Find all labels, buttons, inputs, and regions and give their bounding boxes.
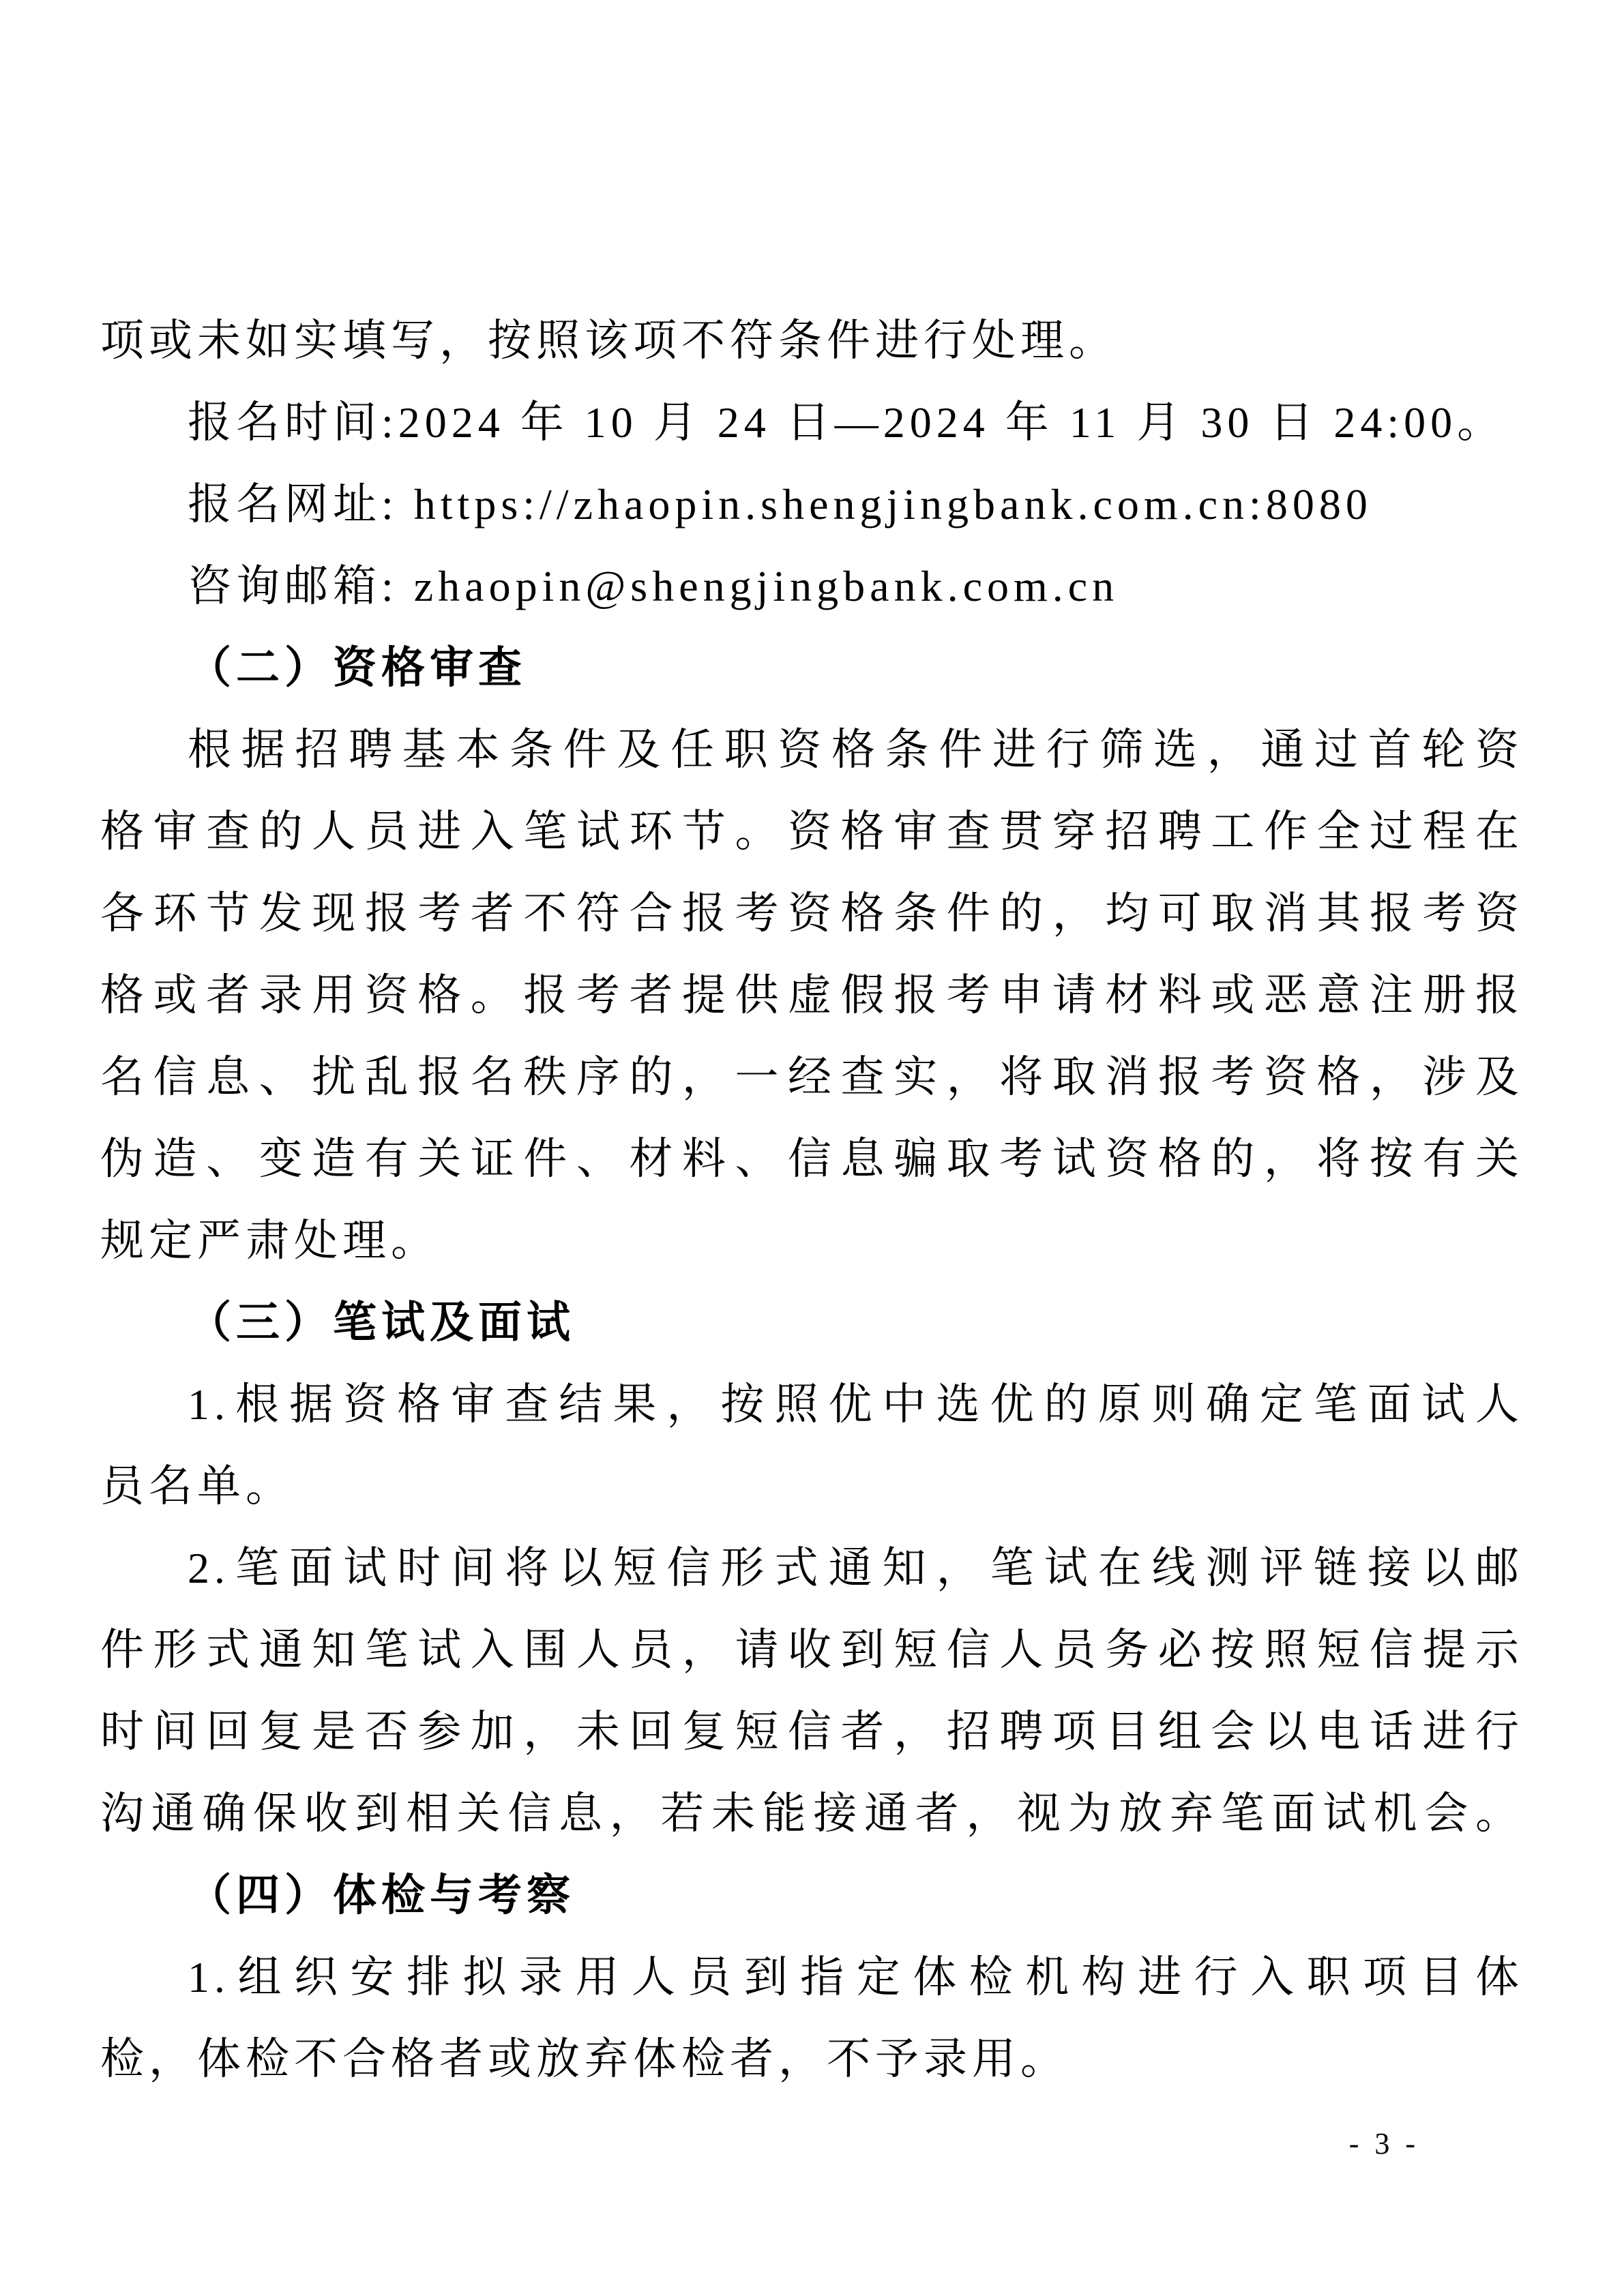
document-line: 名信息、扰乱报名秩序的，一经查实，将取消报考资格，涉及: [100, 1037, 1524, 1118]
document-line: 沟通确保收到相关信息，若未能接通者，视为放弃笔面试机会。: [100, 1773, 1524, 1855]
document-line: 报名时间:2024 年 10 月 24 日—2024 年 11 月 30 日 2…: [100, 382, 1524, 464]
section-heading: （四）体检与考察: [100, 1855, 1524, 1937]
document-line: 格或者录用资格。报考者提供虚假报考申请材料或恶意注册报: [100, 955, 1524, 1037]
document-line: 员名单。: [100, 1446, 1524, 1527]
section-heading: （三）笔试及面试: [100, 1282, 1524, 1364]
section-heading: （二）资格审查: [100, 627, 1524, 709]
document-line: 根据招聘基本条件及任职资格条件进行筛选，通过首轮资: [100, 709, 1524, 791]
document-line: 咨询邮箱: zhaopin@shengjingbank.com.cn: [100, 546, 1524, 627]
document-line: 伪造、变造有关证件、材料、信息骗取考试资格的，将按有关: [100, 1118, 1524, 1200]
document-line: 1.根据资格审查结果，按照优中选优的原则确定笔面试人: [100, 1364, 1524, 1446]
document-line: 报名网址: https://zhaopin.shengjingbank.com.…: [100, 464, 1524, 546]
document-line: 1.组织安排拟录用人员到指定体检机构进行入职项目体: [100, 1937, 1524, 2018]
document-line: 格审查的人员进入笔试环节。资格审查贯穿招聘工作全过程在: [100, 791, 1524, 873]
document-line: 各环节发现报考者不符合报考资格条件的，均可取消其报考资: [100, 873, 1524, 955]
document-line: 时间回复是否参加，未回复短信者，招聘项目组会以电话进行: [100, 1691, 1524, 1773]
page-number: - 3 -: [1349, 2126, 1419, 2161]
document-line: 件形式通知笔试入围人员，请收到短信人员务必按照短信提示: [100, 1609, 1524, 1691]
document-body: 项或未如实填写，按照该项不符条件进行处理。报名时间:2024 年 10 月 24…: [100, 300, 1524, 2100]
document-page: 项或未如实填写，按照该项不符条件进行处理。报名时间:2024 年 10 月 24…: [0, 0, 1624, 2296]
document-line: 项或未如实填写，按照该项不符条件进行处理。: [100, 300, 1524, 382]
document-line: 检，体检不合格者或放弃体检者，不予录用。: [100, 2018, 1524, 2100]
document-line: 2.笔面试时间将以短信形式通知，笔试在线测评链接以邮: [100, 1527, 1524, 1609]
document-line: 规定严肃处理。: [100, 1200, 1524, 1282]
